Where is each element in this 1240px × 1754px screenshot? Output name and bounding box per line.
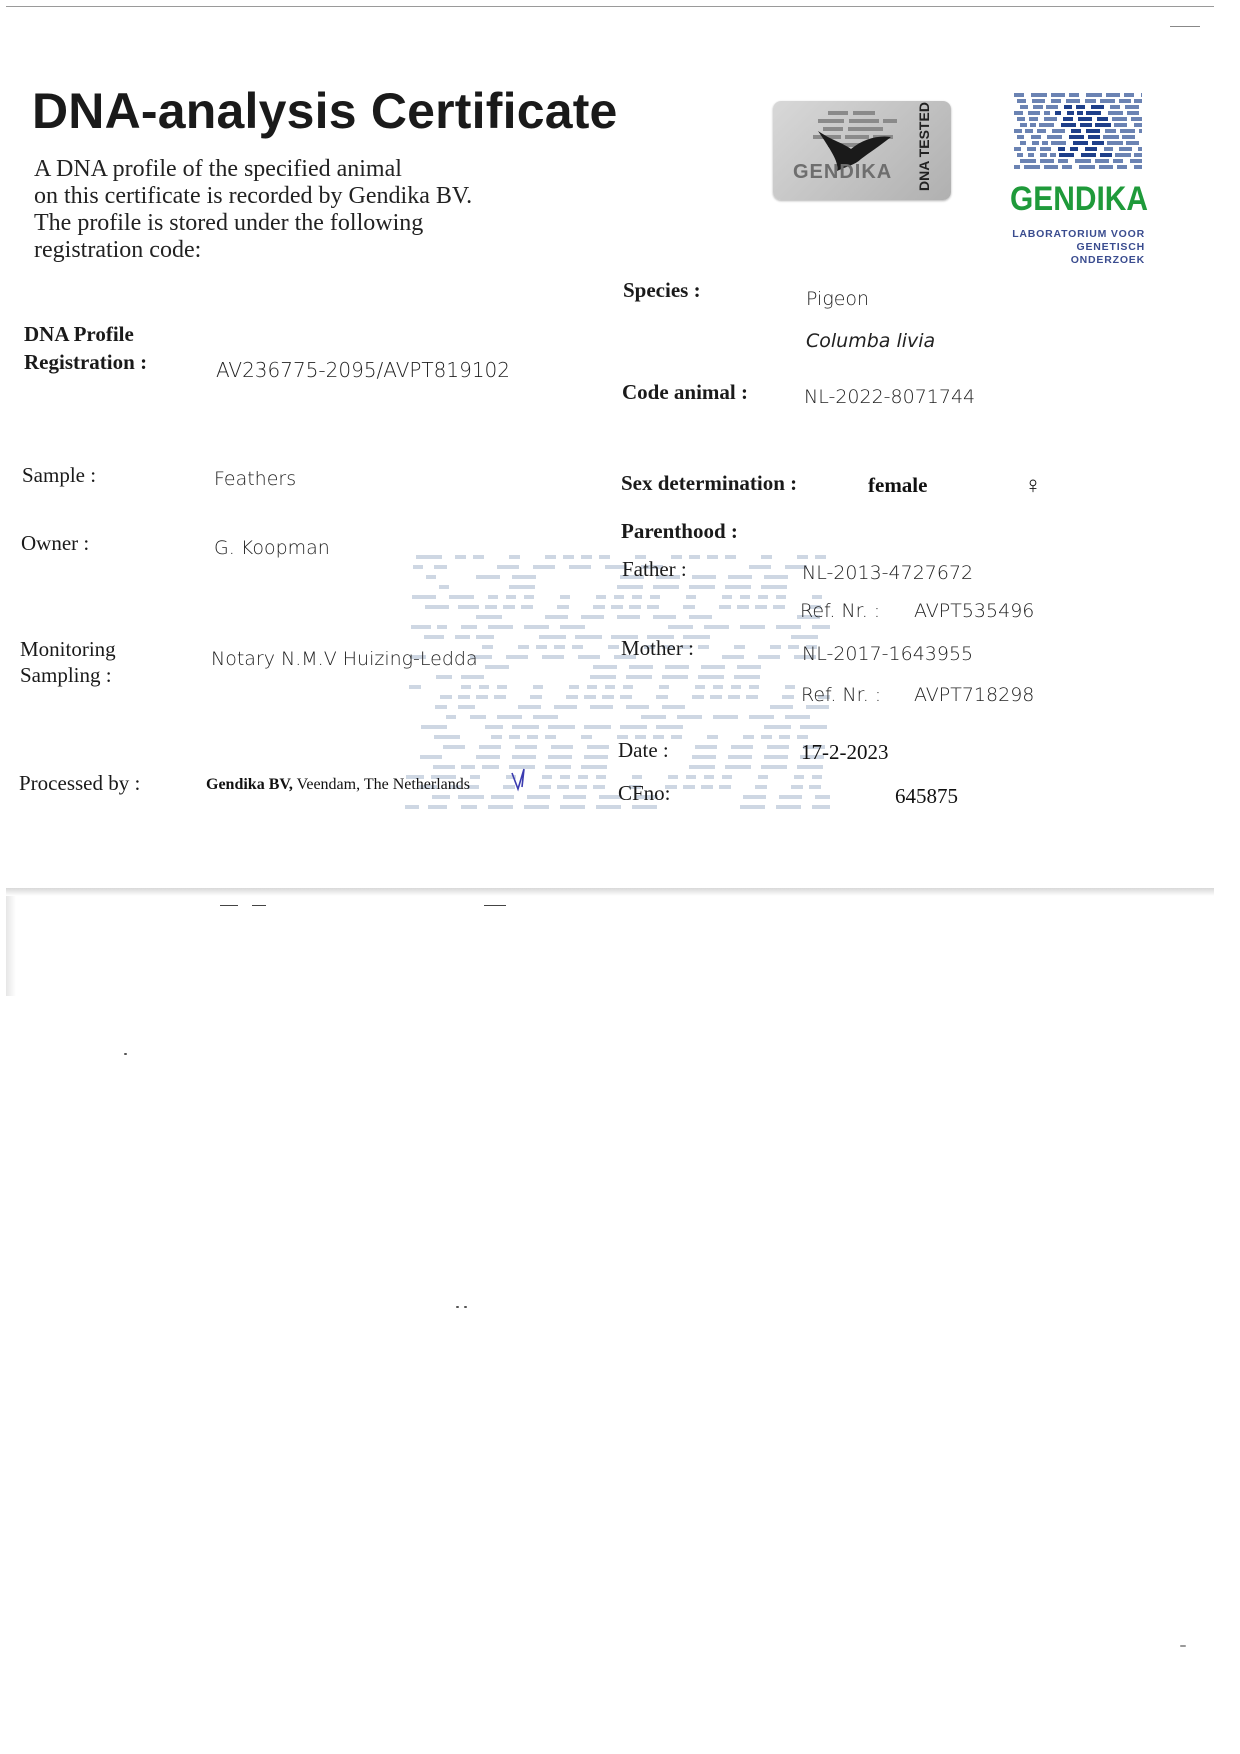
processed-by-company: Gendika BV, (206, 776, 293, 793)
scan-mark (220, 905, 238, 906)
scan-dot (124, 1053, 127, 1055)
father-ref-label: Ref. Nr. : (800, 600, 880, 622)
cfno-value: 645875 (895, 784, 958, 809)
scan-dot (1180, 1645, 1186, 1647)
registration-label: Registration : (24, 350, 147, 375)
certificate-title: DNA-analysis Certificate (32, 82, 618, 140)
processed-by-location: Veendam, The Netherlands (293, 776, 470, 793)
cfno-label: CFno: (618, 781, 671, 806)
code-animal-value: NL-2022-8071744 (804, 386, 975, 408)
date-value: 17-2-2023 (801, 740, 889, 765)
sample-value: Feathers (214, 468, 296, 490)
mother-ref-label: Ref. Nr. : (801, 684, 881, 706)
dna-profile-label: DNA Profile (24, 322, 134, 347)
seal-dna-tested-text: DNA TESTED (916, 102, 932, 191)
dna-tested-seal: GENDIKA DNA TESTED (773, 101, 951, 200)
owner-value: G. Koopman (214, 537, 330, 559)
processed-by-value: Gendika BV, Veendam, The Netherlands (206, 776, 470, 794)
species-label: Species : (623, 278, 701, 303)
father-code: NL-2013-4727672 (802, 562, 973, 584)
processed-by-label: Processed by : (19, 771, 140, 796)
scan-mark (252, 905, 266, 906)
mother-label: Mother : (621, 636, 694, 661)
owner-label: Owner : (21, 531, 89, 556)
monitoring-label: Monitoring (20, 637, 116, 662)
scan-mark (1170, 26, 1200, 27)
sample-label: Sample : (22, 463, 96, 488)
gendika-logo-subtitle: LABORATORIUM VOOR GENETISCH ONDERZOEK (1010, 228, 1145, 267)
mother-code: NL-2017-1643955 (802, 643, 973, 665)
gendika-logo-mark-icon (1010, 92, 1146, 172)
parenthood-label: Parenthood : (621, 519, 738, 544)
gendika-logo-name: GENDIKA (1010, 180, 1148, 219)
father-label: Father : (622, 557, 687, 582)
scan-dot (464, 1306, 467, 1308)
sampling-label: Sampling : (20, 663, 112, 688)
father-ref-value: AVPT535496 (914, 600, 1034, 622)
certificate-intro: A DNA profile of the specified animal on… (34, 156, 472, 264)
mother-ref-value: AVPT718298 (914, 684, 1034, 706)
date-label: Date : (618, 738, 669, 763)
code-animal-label: Code animal : (622, 380, 748, 405)
scan-mark (484, 905, 506, 906)
species-latin-name: Columba livia (806, 330, 935, 352)
registration-code: AV236775-2095/AVPT819102 (216, 358, 510, 382)
signature-mark-icon (510, 765, 540, 795)
paper-bottom-edge (6, 888, 1214, 896)
monitoring-value: Notary N.M.V Huizing-Ledda (211, 648, 478, 670)
scan-dot (456, 1306, 459, 1308)
sex-determination-label: Sex determination : (621, 471, 797, 496)
species-common-name: Pigeon (806, 288, 869, 310)
seal-brand-text: GENDIKA (793, 161, 892, 184)
female-symbol-icon: ♀ (1024, 473, 1042, 500)
sex-value: female (868, 473, 927, 498)
